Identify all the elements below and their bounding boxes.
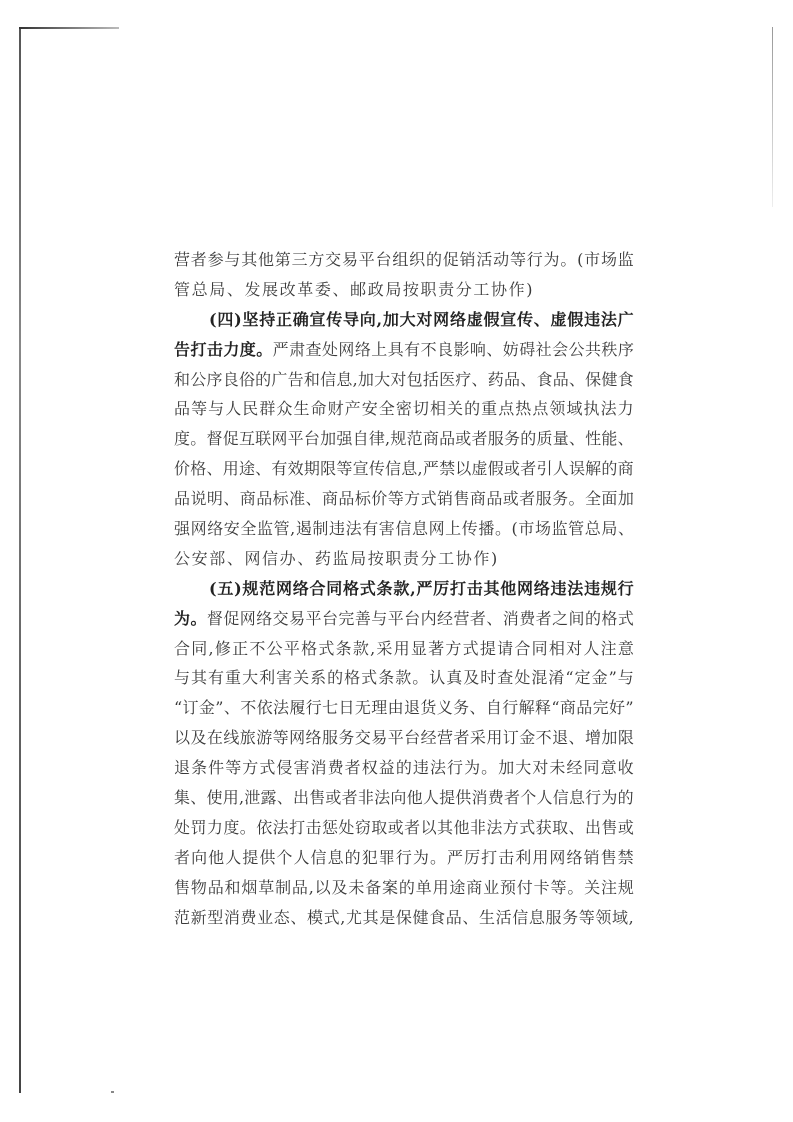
text-line: 和公序良俗的广告和信息,加大对包括医疗、药品、食品、保健食 — [174, 365, 634, 395]
text-line: 为。督促网络交易平台完善与平台内经营者、消费者之间的格式 — [174, 604, 634, 634]
text-line: 与其有重大利害关系的格式条款。认真及时查处混淆“定金”与 — [174, 663, 634, 693]
text-line: 者向他人提供个人信息的犯罪行为。严厉打击利用网络销售禁 — [174, 843, 634, 873]
text-line: 价格、用途、有效期限等宣传信息,严禁以虚假或者引人误解的商 — [174, 454, 634, 484]
text-line: 公安部、网信办、药监局按职责分工协作) — [174, 544, 634, 574]
scan-border-right — [772, 27, 773, 207]
text-line: (四)坚持正确宣传导向,加大对网络虚假宣传、虚假违法广 — [174, 305, 634, 335]
text-line: 合同,修正不公平格式条款,采用显著方式提请合同相对人注意 — [174, 634, 634, 664]
text-line: 品等与人民群众生命财产安全密切相关的重点热点领域执法力 — [174, 394, 634, 424]
text-line: “订金”、不依法履行七日无理由退货义务、自行解释“商品完好” — [174, 693, 634, 723]
text-line: 售物品和烟草制品,以及未备案的单用途商业预付卡等。关注规 — [174, 873, 634, 903]
text-line: 退条件等方式侵害消费者权益的违法行为。加大对未经同意收 — [174, 753, 634, 783]
document-body: 营者参与其他第三方交易平台组织的促销活动等行为。(市场监管总局、发展改革委、邮政… — [174, 245, 634, 932]
scan-artifact — [111, 1091, 114, 1093]
text-line: 集、使用,泄露、出售或者非法向他人提供消费者个人信息行为的 — [174, 783, 634, 813]
text-line: 营者参与其他第三方交易平台组织的促销活动等行为。(市场监 — [174, 245, 634, 275]
text-line: 强网络安全监管,遏制违法有害信息网上传播。(市场监管总局、 — [174, 514, 634, 544]
text-line: 管总局、发展改革委、邮政局按职责分工协作) — [174, 275, 634, 305]
text-line: 度。督促互联网平台加强自律,规范商品或者服务的质量、性能、 — [174, 424, 634, 454]
text-line: 告打击力度。严肃查处网络上具有不良影响、妨碍社会公共秩序 — [174, 335, 634, 365]
scan-border-top — [19, 27, 119, 29]
text-line: 品说明、商品标准、商品标价等方式销售商品或者服务。全面加 — [174, 484, 634, 514]
text-line: (五)规范网络合同格式条款,严厉打击其他网络违法违规行 — [174, 574, 634, 604]
scan-border-left — [19, 27, 21, 1093]
text-line: 处罚力度。依法打击惩处窃取或者以其他非法方式获取、出售或 — [174, 813, 634, 843]
text-line: 范新型消费业态、模式,尤其是保健食品、生活信息服务等领域, — [174, 903, 634, 933]
text-line: 以及在线旅游等网络服务交易平台经营者采用订金不退、增加限 — [174, 723, 634, 753]
